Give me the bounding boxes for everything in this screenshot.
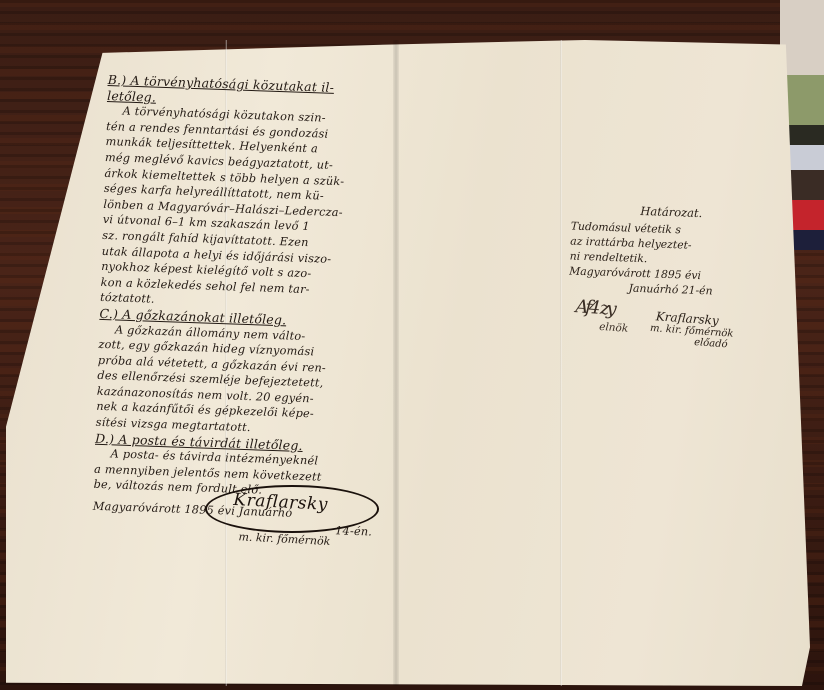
president-scrawl: Af4 zy	[575, 296, 630, 321]
fold-line	[560, 40, 562, 686]
president-label: elnök	[599, 321, 629, 335]
left-signature: Kraflarsky m. kir. főmérnök	[204, 480, 381, 539]
right-signature: Kraflarsky m. kir. főmérnök előadó	[654, 309, 735, 350]
president-signature: Af4 zy elnök	[574, 296, 630, 335]
left-page-text: B.) A törvényhatósági közutakat il- lető…	[92, 72, 398, 540]
resolution-block: Határozat. Tudomásul vétetik s az irattá…	[568, 202, 771, 301]
